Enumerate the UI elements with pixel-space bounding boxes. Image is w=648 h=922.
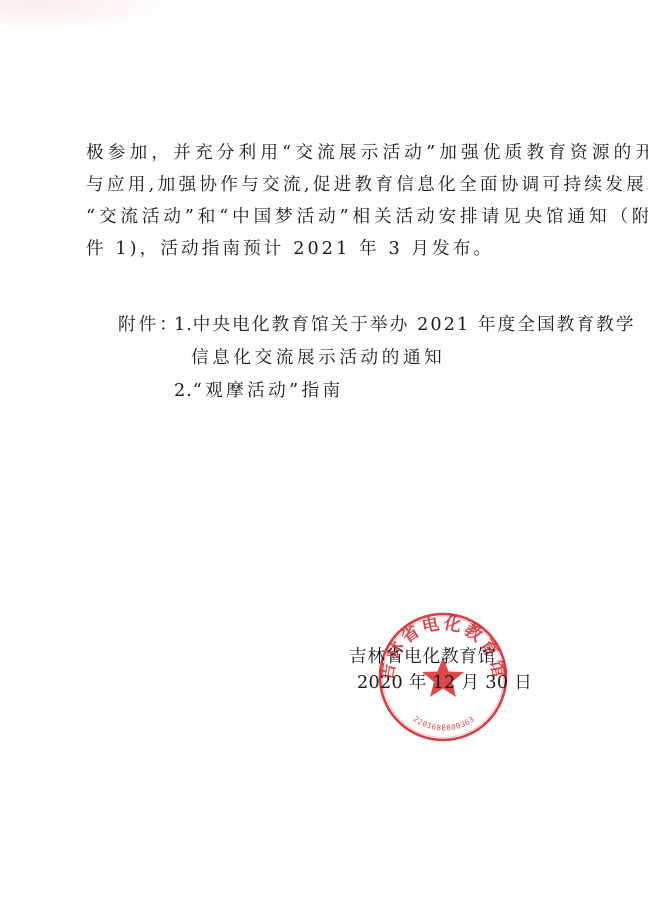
body-line-1: 极参加，并充分利用“交流展示活动”加强优质教育资源的开发 [86,141,648,165]
signature-organization: 吉林省电化教育馆 [349,645,496,669]
attachment-title: “观摩活动”指南 [193,381,344,401]
svg-text:2201680000363: 2201680000363 [412,714,477,732]
document-page: 极参加，并充分利用“交流展示活动”加强优质教育资源的开发 与应用,加强协作与交流… [0,0,648,922]
attachment-number: 2. [174,381,193,401]
seal-serial: 2201680000363 [412,714,477,732]
attachment-title: 中央电化教育馆关于举办 2021 年度全国教育教学 [193,315,636,335]
attachments-label: 附件： [118,313,180,337]
body-line-2: 与应用,加强协作与交流,促进教育信息化全面协调可持续发展。 [86,173,648,197]
attachment-item-2: 2.“观摩活动”指南 [174,379,344,403]
scan-artifact [0,0,180,30]
attachment-number: 1. [174,315,193,335]
attachment-item-1: 1.中央电化教育馆关于举办 2021 年度全国教育教学 [174,313,636,337]
body-line-3: “交流活动”和“中国梦活动”相关活动安排请见央馆通知（附 [86,205,648,229]
attachment-item-1-continuation: 信息化交流展示活动的通知 [191,346,445,370]
signature-date: 2020 年 12 月 30 日 [357,671,532,695]
body-line-4: 件 1)，活动指南预计 2021 年 3 月发布。 [86,237,494,261]
